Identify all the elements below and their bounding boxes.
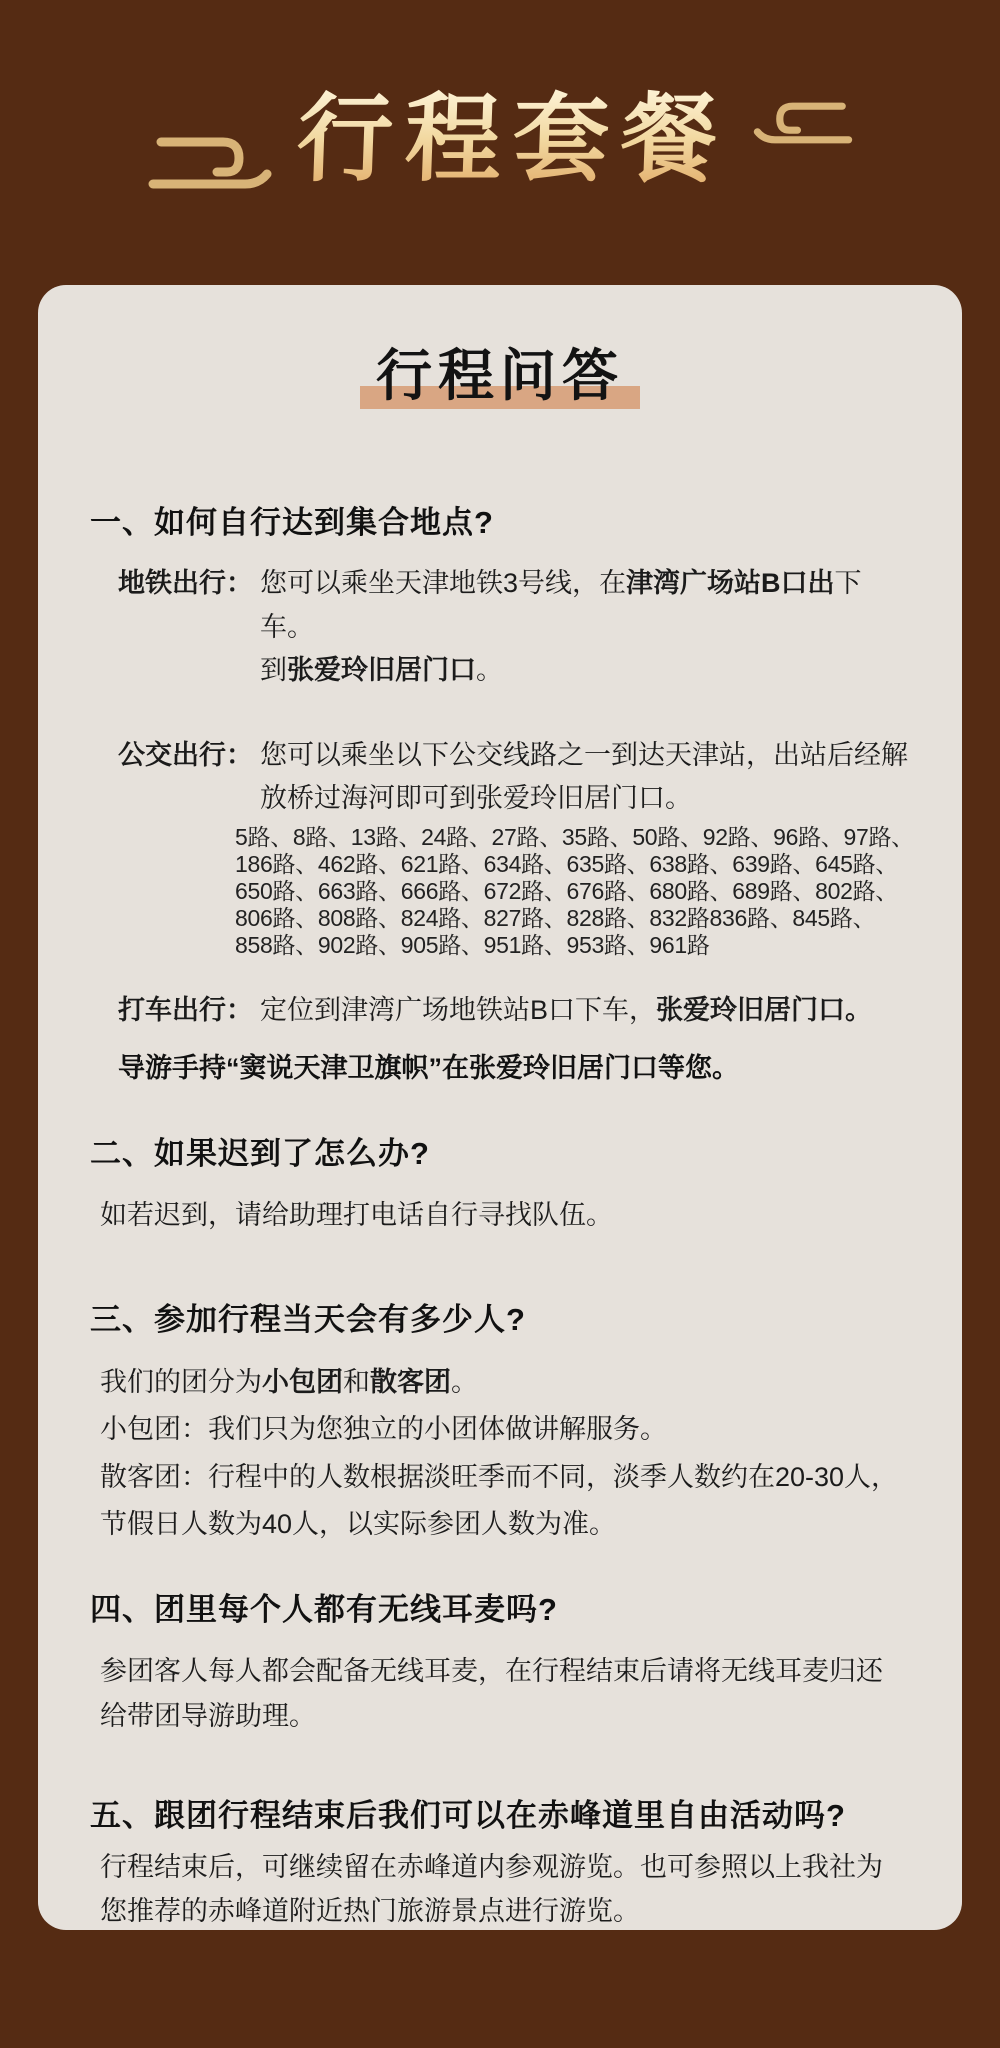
metro-row: 地铁出行： 您可以乘坐天津地铁3号线，在津湾广场站B口出下车。 到张爱玲旧居门口… bbox=[118, 562, 910, 692]
question-2-heading: 二、如果迟到了怎么办? bbox=[90, 1132, 910, 1175]
question-5-answer: 行程结束后，可继续留在赤峰道内参观游览。也可参照以上我社为您推荐的赤峰道附近热门… bbox=[100, 1845, 900, 1930]
taxi-label: 打车出行： bbox=[118, 989, 260, 1032]
page-title: 行程套餐 bbox=[295, 87, 731, 193]
taxi-row: 打车出行： 定位到津湾广场地铁站B口下车，张爱玲旧居门口。 bbox=[118, 989, 910, 1032]
question-block-1: 一、如何自行达到集合地点? 地铁出行： 您可以乘坐天津地铁3号线，在津湾广场站B… bbox=[90, 501, 910, 1090]
question-2-answer: 如若迟到，请给助理打电话自行寻找队伍。 bbox=[100, 1193, 900, 1238]
question-3-line-2: 小包团：我们只为您独立的小团体做讲解服务。 bbox=[100, 1406, 900, 1453]
guide-note: 导游手持“窦说天津卫旗帜”在张爱玲旧居门口等您。 bbox=[118, 1047, 910, 1090]
question-3-line-3: 散客团：行程中的人数根据淡旺季而不同，淡季人数约在20-30人，节假日人数为40… bbox=[100, 1454, 900, 1549]
card-title-wrap: 行程问答 bbox=[90, 341, 910, 411]
question-block-4: 四、团里每个人都有无线耳麦吗? 参团客人每人都会配备无线耳麦，在行程结束后请将无… bbox=[90, 1588, 910, 1738]
metro-line-2: 到张爱玲旧居门口。 bbox=[260, 649, 910, 692]
question-3-line-1: 我们的团分为小包团和散客团。 bbox=[100, 1359, 900, 1406]
cloud-scroll-right-icon bbox=[751, 86, 855, 160]
question-1-heading: 一、如何自行达到集合地点? bbox=[90, 501, 910, 544]
card-title: 行程问答 bbox=[360, 341, 640, 411]
question-5-heading: 五、跟团行程结束后我们可以在赤峰道里自由活动吗? bbox=[90, 1794, 910, 1837]
bus-row: 公交出行： 您可以乘坐以下公交线路之一到达天津站，出站后经解放桥过海河即可到张爱… bbox=[118, 734, 910, 820]
bus-content: 您可以乘坐以下公交线路之一到达天津站，出站后经解放桥过海河即可到张爱玲旧居门口。 bbox=[260, 734, 910, 820]
metro-content: 您可以乘坐天津地铁3号线，在津湾广场站B口出下车。 到张爱玲旧居门口。 bbox=[260, 562, 910, 692]
question-block-2: 二、如果迟到了怎么办? 如若迟到，请给助理打电话自行寻找队伍。 bbox=[90, 1132, 910, 1238]
cloud-scroll-left-icon bbox=[145, 118, 275, 208]
bus-label: 公交出行： bbox=[118, 734, 260, 777]
question-block-5: 五、跟团行程结束后我们可以在赤峰道里自由活动吗? 行程结束后，可继续留在赤峰道内… bbox=[90, 1794, 910, 1930]
header: 行程套餐 bbox=[0, 60, 1000, 220]
metro-line-1: 您可以乘坐天津地铁3号线，在津湾广场站B口出下车。 bbox=[260, 562, 910, 648]
question-3-heading: 三、参加行程当天会有多少人? bbox=[90, 1298, 910, 1341]
taxi-content: 定位到津湾广场地铁站B口下车，张爱玲旧居门口。 bbox=[260, 989, 910, 1032]
question-4-answer: 参团客人每人都会配备无线耳麦，在行程结束后请将无线耳麦归还给带团导游助理。 bbox=[100, 1649, 900, 1738]
bus-route-list: 5路、8路、13路、24路、27路、35路、50路、92路、96路、97路、18… bbox=[235, 824, 910, 959]
question-4-heading: 四、团里每个人都有无线耳麦吗? bbox=[90, 1588, 910, 1631]
faq-card: 行程问答 一、如何自行达到集合地点? 地铁出行： 您可以乘坐天津地铁3号线，在津… bbox=[38, 285, 962, 1930]
question-block-3: 三、参加行程当天会有多少人? 我们的团分为小包团和散客团。 小包团：我们只为您独… bbox=[90, 1298, 910, 1548]
metro-label: 地铁出行： bbox=[118, 562, 260, 605]
